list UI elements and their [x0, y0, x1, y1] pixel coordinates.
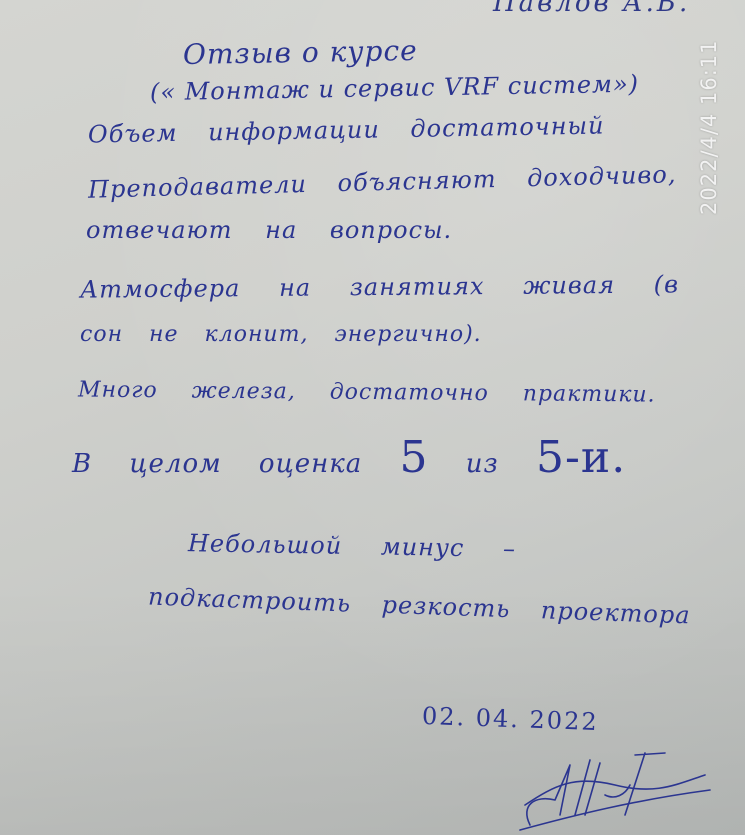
feedback-line-6: Много железа, достаточно практики. [78, 377, 656, 407]
rating-line: В целом оценка 5 из 5-и. [72, 432, 626, 483]
author-name: Павлов А.В. [493, 0, 690, 18]
feedback-line-2: Преподаватели объясняют доходчиво, [88, 160, 677, 203]
feedback-line-4: Атмосфера на занятиях живая (в [80, 270, 679, 303]
document-subtitle: (« Монтаж и сервис VRF систем») [150, 70, 639, 107]
feedback-line-5: сон не клонит, энергично). [80, 322, 482, 347]
feedback-line-1: Объем информации достаточный [88, 111, 605, 148]
rating-of: из [466, 449, 499, 479]
rating-score: 5 [400, 432, 429, 483]
signature-scribble [515, 745, 715, 835]
minus-heading: Небольшой минус – [188, 529, 516, 563]
feedback-line-3: отвечают на вопросы. [86, 216, 452, 244]
document-date: 02. 04. 2022 [422, 702, 600, 736]
minus-detail: подкастроить резкость проектора [148, 583, 691, 630]
rating-prefix: В целом оценка [72, 449, 362, 479]
rating-max: 5-и. [536, 432, 626, 483]
photo-timestamp: 2022/4/4 16:11 [697, 39, 721, 215]
document-title: Отзыв о курсе [183, 34, 418, 71]
